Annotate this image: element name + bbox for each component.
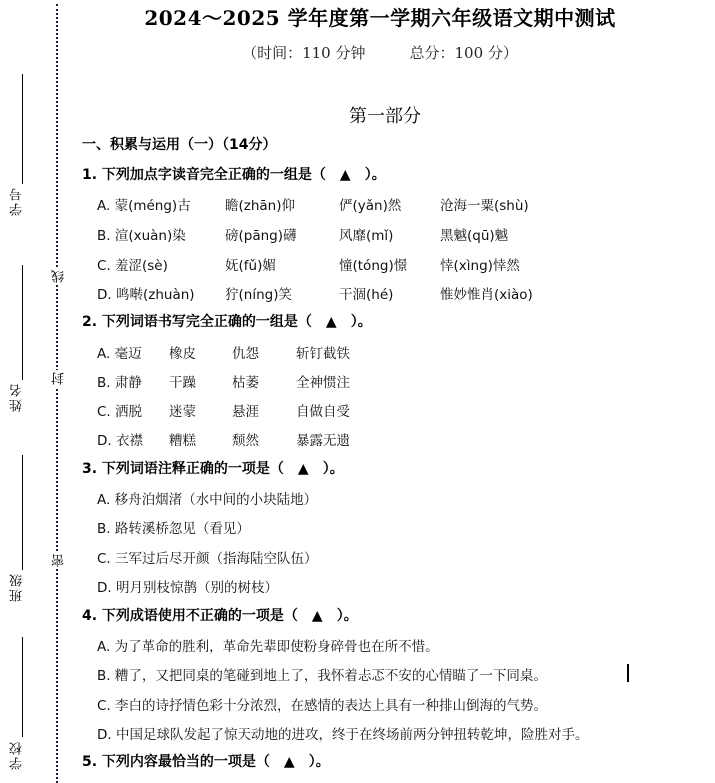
seal-char-seal: 封	[50, 370, 69, 387]
student-id-label: 学号	[8, 186, 27, 216]
seal-char-secret: 密	[50, 552, 69, 569]
school-line	[22, 637, 23, 737]
seal-char-line: 线	[50, 268, 69, 285]
name-line	[22, 265, 23, 380]
exam-subtitle: （时间：110 分钟总分：100 分）	[100, 42, 660, 63]
seal-dotted-line	[56, 4, 58, 783]
question-3-stem: 3. 下列词语注释正确的一项是（ ▲ ）。	[82, 458, 344, 478]
question-4-option-b: B. 糟了，又把同桌的笔碰到地上了，我怀着忐忑不安的心情瞄了一下同桌。	[97, 664, 547, 684]
question-1-stem: 1. 下列加点字读音完全正确的一组是（ ▲ ）。	[82, 164, 386, 184]
question-2-stem: 2. 下列词语书写完全正确的一组是（ ▲ ）。	[82, 311, 372, 331]
exam-title: 2024～2025 学年度第一学期六年级语文期中测试	[100, 2, 660, 31]
text-cursor	[627, 664, 629, 682]
question-3-option-b: B. 路转溪桥忽见（看见）	[97, 517, 250, 537]
class-line	[22, 455, 23, 570]
question-4-option-a: A. 为了革命的胜利，革命先辈即使粉身碎骨也在所不惜。	[97, 635, 439, 655]
question-3-option-d: D. 明月别枝惊鹊（别的树枝）	[97, 576, 278, 596]
question-4-stem: 4. 下列成语使用不正确的一项是（ ▲ ）。	[82, 605, 358, 625]
question-5-stem: 5. 下列内容最恰当的一项是（ ▲ ）。	[82, 751, 330, 771]
class-label: 班级	[8, 572, 27, 602]
question-4-option-c: C. 李白的诗抒情色彩十分浓烈，在感情的表达上具有一种排山倒海的气势。	[97, 694, 547, 714]
question-4-option-d: D. 中国足球队发起了惊天动地的进攻，终于在终场前两分钟扭转乾坤，险胜对手。	[97, 723, 588, 743]
exam-total-score: 总分：100 分）	[410, 44, 518, 62]
name-label: 姓名	[8, 382, 27, 412]
part-title: 第一部分	[300, 102, 470, 128]
question-3-option-c: C. 三军过后尽开颜（指海陆空队伍）	[97, 547, 318, 567]
section-title: 一、积累与运用（一）（14分）	[82, 134, 276, 154]
student-id-line	[22, 74, 23, 184]
school-label: 学校	[8, 740, 27, 770]
exam-time: （时间：110 分钟	[242, 44, 365, 62]
question-3-option-a: A. 移舟泊烟渚（水中间的小块陆地）	[97, 488, 317, 508]
